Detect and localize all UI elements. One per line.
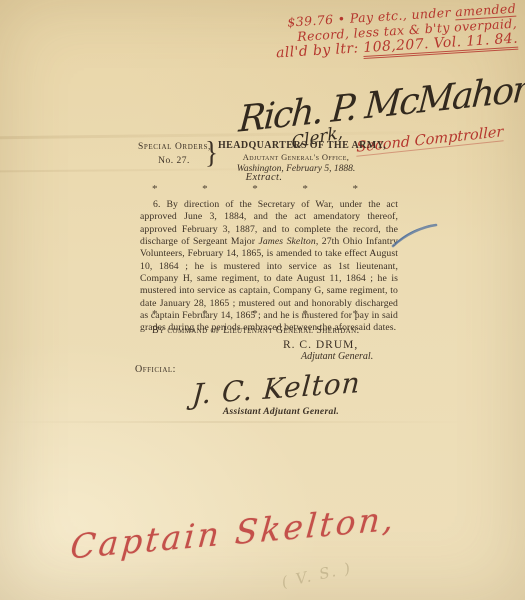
- check-mark-icon: [386, 221, 440, 249]
- kelton-signature: J. C. Kelton: [191, 366, 362, 411]
- adjutant-general-title: Adjutant General.: [301, 351, 373, 362]
- office-line: Adjutant General's Office,: [218, 152, 374, 162]
- asterisk: *: [152, 183, 158, 195]
- asterisk-row: * * * * *: [152, 308, 358, 320]
- headquarters-block: HEADQUARTERS OF THE ARMY, Adjutant Gener…: [218, 140, 374, 174]
- asterisk: *: [202, 183, 208, 195]
- paper-crease: [0, 421, 525, 423]
- order-number: No. 27.: [138, 156, 210, 166]
- document-page: $39.76 • Pay etc., under amended Record,…: [0, 0, 525, 600]
- headquarters-line: HEADQUARTERS OF THE ARMY,: [218, 140, 374, 151]
- asterisk: *: [302, 183, 308, 195]
- brace-glyph: }: [205, 135, 218, 171]
- asterisk: *: [152, 308, 158, 320]
- kelton-title: Assistant Adjutant General.: [196, 407, 366, 417]
- soldier-name: James Skelton: [258, 236, 315, 247]
- by-command-line: By command of Lieutenant General Sherida…: [152, 325, 360, 336]
- audit-annotation: $39.76 • Pay etc., under amended Record,…: [274, 1, 519, 62]
- asterisk: *: [302, 308, 308, 320]
- asterisk-row: * * * * *: [152, 183, 358, 195]
- official-label: Official:: [135, 364, 176, 375]
- asterisk: *: [353, 183, 359, 195]
- asterisk: *: [252, 308, 258, 320]
- asterisk: *: [202, 308, 208, 320]
- pencil-initials-note: ( V. S. ): [280, 559, 354, 591]
- extract-label: Extract.: [140, 172, 388, 183]
- special-orders-label: Special Orders,: [138, 142, 210, 152]
- captain-skelton-note: Captain Skelton,: [69, 499, 398, 567]
- asterisk: *: [353, 308, 359, 320]
- adjutant-general-name: R. C. DRUM,: [283, 339, 358, 351]
- special-orders-block: Special Orders, No. 27.: [138, 142, 210, 166]
- asterisk: *: [252, 183, 258, 195]
